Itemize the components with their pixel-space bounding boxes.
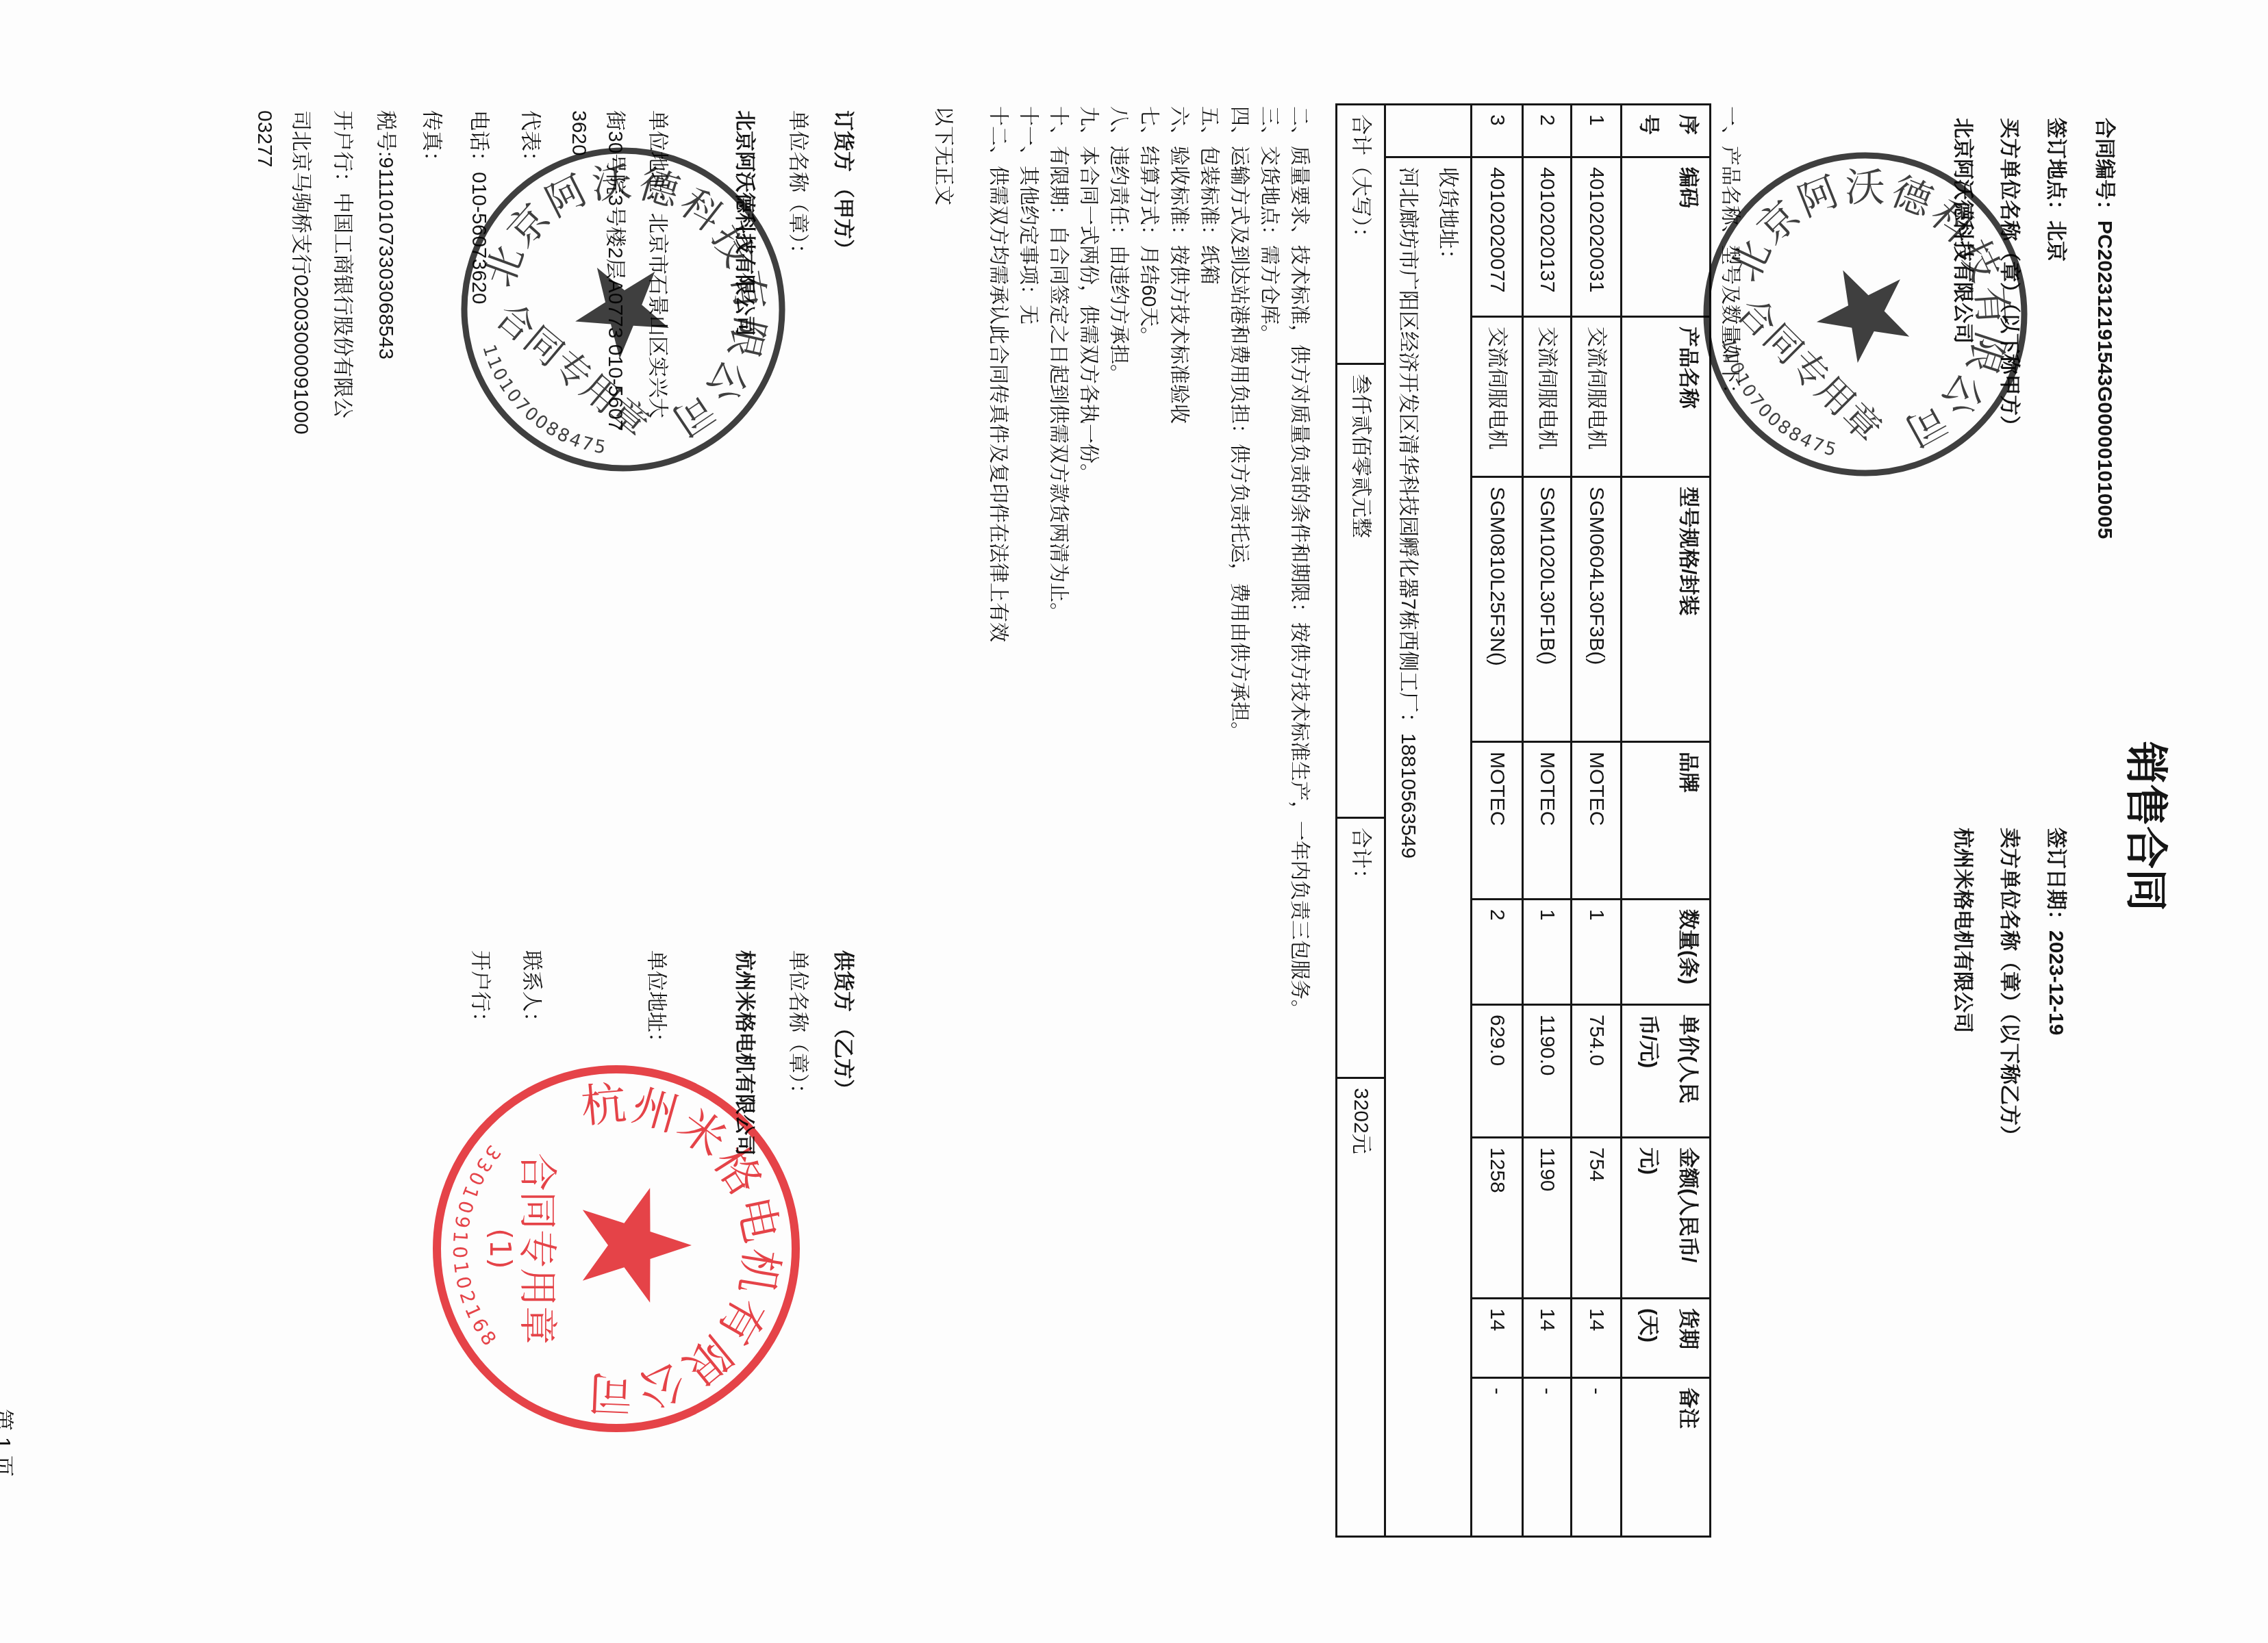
address-empty-cell [1385,105,1472,157]
cell-amount: 754 [1572,1138,1622,1299]
term-validity: 十、有限期：自合同签定之日起到供需双方款货两清为止。 [1046,106,1070,622]
seller-contact-label: 联系人： [519,950,544,1032]
seller-block-heading: 供货方 （乙方） [831,950,855,1099]
contract-number: PC202312191543G000001010005 [2093,220,2116,539]
seller-name: 杭州米格电机有限公司 [1950,828,1975,1033]
delivery-address: 河北廊坊市广阳区经济开发区清华科技园孵化器7栋西侧工厂：18810563549 [1388,167,1428,1527]
cell-unit-price: 754.0 [1572,1005,1622,1138]
seller-label: 卖方单位名称（章）（以下称乙方） [1997,828,2021,1146]
delivery-address-cell: 收货地址： 河北廊坊市广阳区经济开发区清华科技园孵化器7栋西侧工厂：188105… [1385,157,1472,1537]
total-table: 合计（大写）： 叁仟贰佰零贰元整 合计： 3202元 [1335,103,1386,1538]
header-remark: 备注 [1622,1378,1711,1537]
cell-unit-price: 629.0 [1472,1005,1523,1138]
table-row: 2 40102020137 交流伺服电机 SGM1020L30F1B() MOT… [1523,105,1572,1537]
term-other: 十一、其他约定事项：无 [1016,106,1040,324]
cell-amount: 1190 [1523,1138,1572,1299]
term-liability: 八、违约责任：由违约方承担。 [1106,106,1131,384]
total-upper-label: 合计（大写）： [1337,105,1385,364]
seller-bank-label: 开户行： [468,950,492,1032]
cell-brand: MOTEC [1472,742,1523,900]
total-amount: 3202元 [1337,1078,1385,1537]
sign-place-label: 签订地点： [2045,118,2067,220]
cell-code: 40102020137 [1523,157,1572,317]
buyer-fax-label: 传真： [419,110,444,172]
sign-date: 2023-12-19 [2045,930,2067,1035]
term-settlement: 七、结算方式：月结60天。 [1136,106,1161,346]
cell-model: SGM1020L30F1B() [1523,477,1572,742]
cell-model: SGM0810L25F3N() [1472,477,1523,742]
cell-qty: 2 [1472,900,1523,1005]
cell-brand: MOTEC [1572,742,1622,900]
end-note: 以下无正文 [931,106,955,205]
buyer-block-heading: 订货方 （甲方） [831,110,855,259]
term-quality: 二、质量要求、技术标准，供方对质量负责的条件和期限：按供方技术标准生产，一年内负… [1287,106,1311,1019]
term-packaging: 五、包装标准：纸箱 [1196,106,1221,285]
sign-date-line: 签订日期：2023-12-19 [2043,828,2068,1035]
cell-remark: - [1572,1378,1622,1537]
cell-qty: 1 [1523,900,1572,1005]
contract-page: 销售合同 合同编号：PC202312191543G000001010005 签订… [0,0,2268,1643]
cell-name: 交流伺服电机 [1472,317,1523,477]
contract-number-line: 合同编号：PC202312191543G000001010005 [2092,118,2117,539]
cell-code: 40102020077 [1472,157,1523,317]
cell-qty: 1 [1572,900,1622,1005]
seal-serial: (1) [483,1228,517,1269]
term-delivery-place: 三、交货地点：需方仓库。 [1257,106,1281,344]
page-number: 第 1 页 [0,1409,16,1477]
cell-unit-price: 1190.0 [1523,1005,1572,1138]
cell-remark: - [1523,1378,1572,1537]
cell-lead-time: 14 [1472,1299,1523,1378]
cell-no: 3 [1472,105,1523,157]
cell-remark: - [1472,1378,1523,1537]
star-icon [583,1188,692,1302]
sign-date-label: 签订日期： [2045,828,2067,930]
total-label: 合计： [1337,818,1385,1078]
cell-lead-time: 14 [1572,1299,1622,1378]
seal-purpose: 合同专用章 [515,1153,559,1345]
total-upper: 叁仟贰佰零贰元整 [1337,364,1385,818]
cell-name: 交流伺服电机 [1572,317,1622,477]
header-unit-price: 单价(人民币/元) [1622,1005,1711,1138]
header-amount: 金额(人民币/元) [1622,1138,1711,1299]
document-title: 销售合同 [2119,737,2171,915]
buyer-bank-line: 03277 [252,110,277,167]
contract-number-label: 合同编号： [2093,118,2116,220]
buyer-bank-line: 司北京马驹桥支行02003000091000 [288,110,313,435]
sign-place-line: 签订地点：北京 [2043,118,2068,262]
cell-model: SGM0604L30F3B() [1572,477,1622,742]
seller-address-label: 单位地址： [644,950,668,1053]
header-no: 序号 [1622,105,1711,157]
delivery-address-label: 收货地址： [1428,167,1467,1527]
header-qty: 数量(条) [1622,900,1711,1005]
header-lead-time: 货期(天) [1622,1299,1711,1378]
term-fax-copies: 十二、供需双方均需承认此合同传真件及复印件在法律上有效 [985,106,1010,642]
buyer-bank-line: 开户行：中国工商银行股份有限公 [330,110,355,418]
header-model: 型号规格/封装 [1622,477,1711,742]
cell-lead-time: 14 [1523,1299,1572,1378]
delivery-address-row: 收货地址： 河北廊坊市广阳区经济开发区清华科技园孵化器7栋西侧工厂：188105… [1385,105,1472,1537]
cell-code: 40102020031 [1572,157,1622,317]
table-row: 1 40102020031 交流伺服电机 SGM0604L30F3B() MOT… [1572,105,1622,1537]
cell-amount: 1258 [1472,1138,1523,1299]
cell-no: 2 [1523,105,1572,157]
cell-brand: MOTEC [1523,742,1572,900]
total-row: 合计（大写）： 叁仟贰佰零贰元整 合计： 3202元 [1337,105,1385,1537]
term-acceptance: 六、验收标准：按供方技术标准验收 [1166,106,1191,424]
header-brand: 品牌 [1622,742,1711,900]
term-copies: 九、本合同一式两份，供需双方各执一份。 [1076,106,1100,483]
term-transport: 四、运输方式及到达站港和费用负担：供方负责托运，费用由供方承担。 [1226,106,1251,741]
seller-contract-seal: 杭州米格电机有限公司 合同专用章 (1) 33010910102168 [425,1057,808,1440]
cell-name: 交流伺服电机 [1523,317,1572,477]
cell-no: 1 [1572,105,1622,157]
table-row: 3 40102020077 交流伺服电机 SGM0810L25F3N() MOT… [1472,105,1523,1537]
